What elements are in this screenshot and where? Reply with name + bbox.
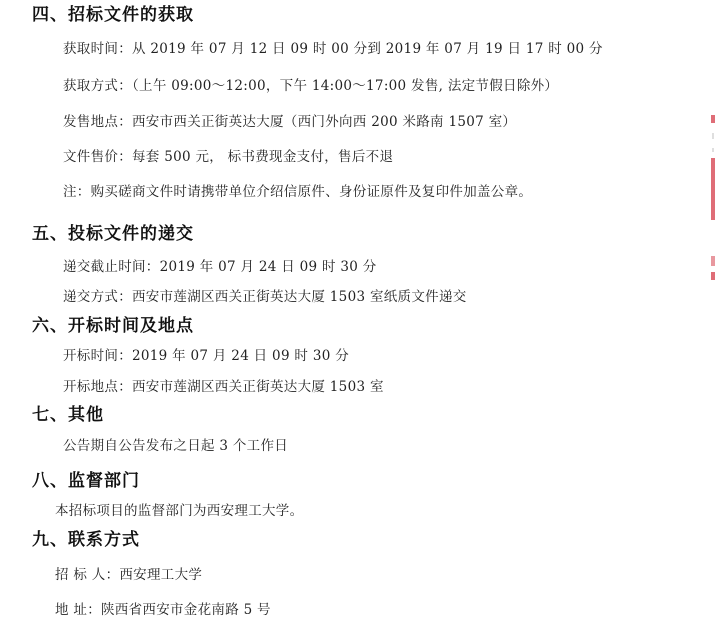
opening-location: 开标地点：西安市莲湖区西关正街英达大厦 1503 室 [63, 381, 384, 395]
contact-tenderer: 招 标 人：西安理工大学 [55, 569, 202, 583]
seal-stamp-fragment [712, 148, 714, 152]
section-heading-6: 六、开标时间及地点 [32, 318, 194, 335]
purchase-note: 注：购买磋商文件时请携带单位介绍信原件、身份证原件及复印件加盖公章。 [63, 186, 532, 200]
section-heading-8: 八、监督部门 [32, 473, 140, 490]
submission-deadline: 递交截止时间：2019 年 07 月 24 日 09 时 30 分 [63, 261, 377, 275]
seal-stamp-fragment [711, 256, 715, 266]
section-heading-4: 四、招标文件的获取 [32, 7, 194, 24]
seal-stamp-fragment [711, 272, 715, 280]
section-heading-5: 五、投标文件的递交 [32, 226, 194, 243]
seal-stamp-fragment [711, 115, 715, 123]
section-heading-9: 九、联系方式 [32, 532, 140, 549]
seal-stamp-fragment [712, 133, 714, 139]
section-heading-7: 七、其他 [32, 407, 104, 424]
sale-location: 发售地点：西安市西关正街英达大厦（西门外向西 200 米路南 1507 室） [63, 116, 516, 130]
contact-address: 地 址：陕西省西安市金花南路 5 号 [55, 604, 271, 618]
supervision-department: 本招标项目的监督部门为西安理工大学。 [55, 505, 303, 519]
opening-time: 开标时间：2019 年 07 月 24 日 09 时 30 分 [63, 350, 349, 364]
submission-method: 递交方式：西安市莲湖区西关正街英达大厦 1503 室纸质文件递交 [63, 291, 467, 305]
acquisition-method: 获取方式：（上午 09:00～12:00，下午 14:00～17:00 发售, … [63, 80, 558, 94]
acquisition-time: 获取时间：从 2019 年 07 月 12 日 09 时 00 分到 2019 … [63, 43, 603, 57]
document-price: 文件售价：每套 500 元， 标书费现金支付，售后不退 [63, 151, 393, 165]
announcement-period: 公告期自公告发布之日起 3 个工作日 [63, 440, 288, 454]
seal-stamp-fragment [711, 158, 715, 220]
